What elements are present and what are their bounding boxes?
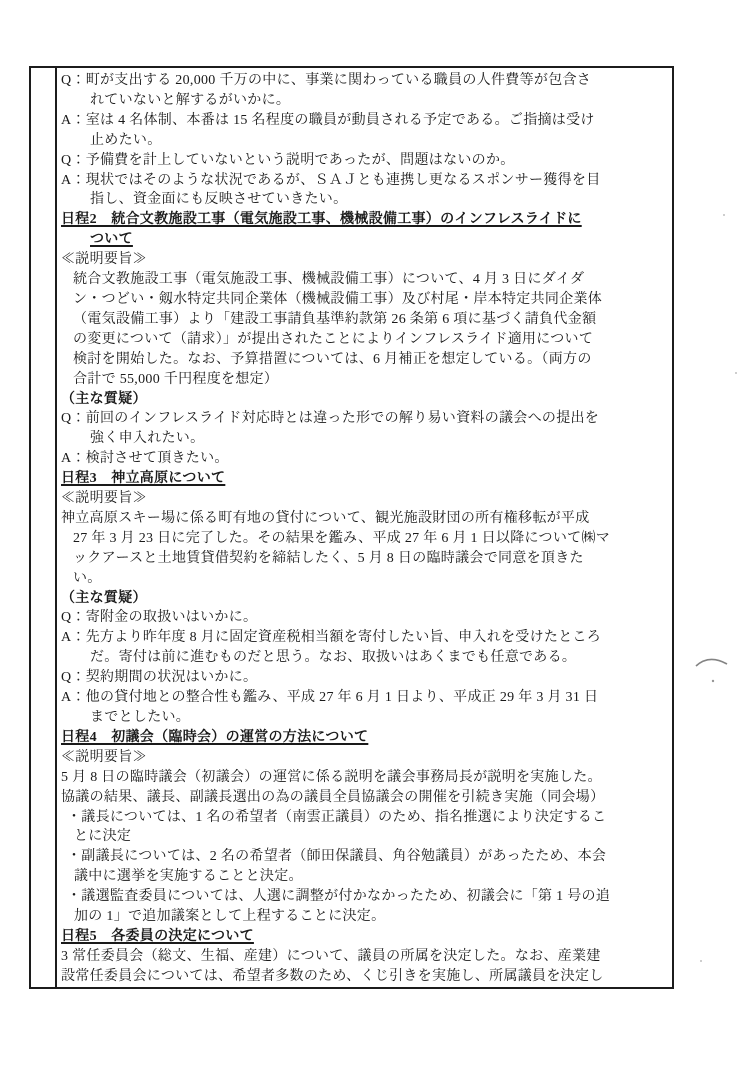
text-line: Q：寄附金の取扱いはいかに。 <box>61 608 669 628</box>
text-line: ックアースと土地賃貸借契約を締結したく、5 月 8 日の臨時議会で同意を頂きた <box>61 549 669 569</box>
text-line: A：先方より昨年度 8 月に固定資産税相当額を寄付したい旨、申入れを受けたところ <box>61 628 669 648</box>
text-line: 検討を開始した。なお、予算措置については、6 月補正を想定している。（両方の <box>61 350 669 370</box>
text-line: A：検討させて頂きたい。 <box>61 449 669 469</box>
document-content: Q：町が支出する 20,000 千万の中に、事業に関わっている職員の人件費等が包… <box>57 68 672 987</box>
text-line: までとしたい。 <box>61 708 669 728</box>
text-line: ・議選監査委員については、人選に調整が付かなかったため、初議会に「第 1 号の追 <box>61 887 669 907</box>
text-line: 加の 1」で追加議案として上程することに決定。 <box>61 907 669 927</box>
text-line: 合計で 55,000 千円程度を想定） <box>61 370 669 390</box>
pen-scan-artifact <box>694 650 730 686</box>
text-line: ≪説明要旨≫ <box>61 250 669 270</box>
text-line: ≪説明要旨≫ <box>61 489 669 509</box>
section-heading-line: 日程5 各委員の決定について <box>61 927 669 947</box>
text-line: A：現状ではそのような状況であるが、ＳＡＪとも連携し更なるスポンサー獲得を目 <box>61 171 669 191</box>
section-heading-line: 日程4 初議会（臨時会）の運営の方法について <box>61 728 669 748</box>
left-margin-column <box>31 68 57 987</box>
section-heading-line: 日程2 統合文教施設工事（電気施設工事、機械設備工事）のインフレスライドに <box>61 210 669 230</box>
scan-speck <box>700 960 702 962</box>
text-line: 設常任委員会については、希望者多数のため、くじ引きを実施し、所属議員を決定し <box>61 967 669 987</box>
text-line: Q：予備費を計上していないという説明であったが、問題はないのか。 <box>61 151 669 171</box>
subsection-label: （主な質疑） <box>61 390 669 410</box>
text-line: （電気設備工事）より「建設工事請負基準約款第 26 条第 6 項に基づく請負代金… <box>61 310 669 330</box>
text-line: 指し、資金面にも反映させていきたい。 <box>61 190 669 210</box>
text-line: だ。寄付は前に進むものだと思う。なお、取扱いはあくまでも任意である。 <box>61 648 669 668</box>
text-line: A：室は 4 名体制、本番は 15 名程度の職員が動員される予定である。ご指摘は… <box>61 111 669 131</box>
text-line: Q：前回のインフレスライド対応時とは違った形での解り易い資料の議会への提出を <box>61 409 669 429</box>
section-heading-line: ついて <box>61 230 669 250</box>
text-line: Q：契約期間の状況はいかに。 <box>61 668 669 688</box>
text-line: の変更について（請求）」が提出されたことによりインフレスライド適用について <box>61 330 669 350</box>
text-line: 神立高原スキー場に係る町有地の貸付について、観光施設財団の所有権移転が平成 <box>61 509 669 529</box>
text-line: ・議長については、1 名の希望者（南雲正議員）のため、指名推選により決定するこ <box>61 808 669 828</box>
scanned-page: Q：町が支出する 20,000 千万の中に、事業に関わっている職員の人件費等が包… <box>0 0 750 1070</box>
document-table-frame: Q：町が支出する 20,000 千万の中に、事業に関わっている職員の人件費等が包… <box>29 66 674 989</box>
text-line: 27 年 3 月 23 日に完了した。その結果を鑑み、平成 27 年 6 月 1… <box>61 529 669 549</box>
text-line: れていないと解するがいかに。 <box>61 91 669 111</box>
text-line: 止めたい。 <box>61 131 669 151</box>
text-line: 議中に選挙を実施することと決定。 <box>61 867 669 887</box>
scan-speck <box>735 372 737 374</box>
text-line: A：他の貸付地との整合性も鑑み、平成 27 年 6 月 1 日より、平成正 29… <box>61 688 669 708</box>
text-line: ン・つどい・剱水特定共同企業体（機械設備工事）及び村尾・岸本特定共同企業体 <box>61 290 669 310</box>
text-line: 5 月 8 日の臨時議会（初議会）の運営に係る説明を議会事務局長が説明を実施した… <box>61 768 669 788</box>
text-line: ・副議長については、2 名の希望者（師田保議員、角谷勉議員）があったため、本会 <box>61 847 669 867</box>
scan-speck <box>723 214 725 216</box>
text-line: Q：町が支出する 20,000 千万の中に、事業に関わっている職員の人件費等が包… <box>61 71 669 91</box>
text-line: い。 <box>61 569 669 589</box>
subsection-label: （主な質疑） <box>61 589 669 609</box>
text-line: 統合文教施設工事（電気施設工事、機械設備工事）について、4 月 3 日にダイダ <box>61 270 669 290</box>
text-line: とに決定 <box>61 827 669 847</box>
text-line: 協議の結果、議長、副議長選出の為の議員全員協議会の開催を引続き実施（同会場） <box>61 788 669 808</box>
text-line: ≪説明要旨≫ <box>61 748 669 768</box>
text-line: 3 常任委員会（総文、生福、産建）について、議員の所属を決定した。なお、産業建 <box>61 947 669 967</box>
section-heading-line: 日程3 神立高原について <box>61 469 669 489</box>
text-line: 強く申入れたい。 <box>61 429 669 449</box>
